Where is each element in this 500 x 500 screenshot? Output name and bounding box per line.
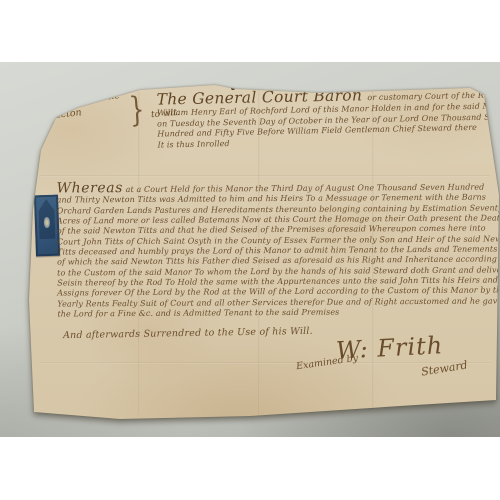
margin-brace: }: [128, 90, 146, 131]
signature-title: Steward: [420, 358, 468, 378]
letterbox-top: [0, 0, 500, 62]
margin-line: Clacton: [44, 102, 122, 123]
document-heading: The General Court Baron or customary Cou…: [156, 82, 497, 150]
photo-background: Great and Little Clacton } to wit. The G…: [0, 62, 500, 437]
fold-crease-horizontal: [40, 362, 490, 364]
steward-signature: W: Frith: [335, 331, 444, 365]
body-line: the Lord for a Fine &c. and is Admitted …: [57, 307, 497, 320]
letterbox-bottom: [0, 437, 500, 500]
document-body: Whereas at a Court Held for this Manor t…: [57, 180, 498, 320]
parchment-document: Great and Little Clacton } to wit. The G…: [0, 62, 500, 437]
fold-crease-horizontal: [40, 175, 490, 177]
stamp-center-emblem: [44, 217, 50, 228]
closing-line: And afterwards Surrendred to the Use of …: [63, 326, 313, 341]
parchment-wrapper: Great and Little Clacton } to wit. The G…: [0, 62, 500, 437]
photo-of-manuscript: Great and Little Clacton } to wit. The G…: [0, 0, 500, 500]
margin-annotation: Great and Little Clacton: [43, 89, 122, 123]
heading-first-line-rest: or customary Court of the Right Honourab…: [367, 89, 500, 102]
body-opening-word: Whereas: [57, 180, 124, 196]
